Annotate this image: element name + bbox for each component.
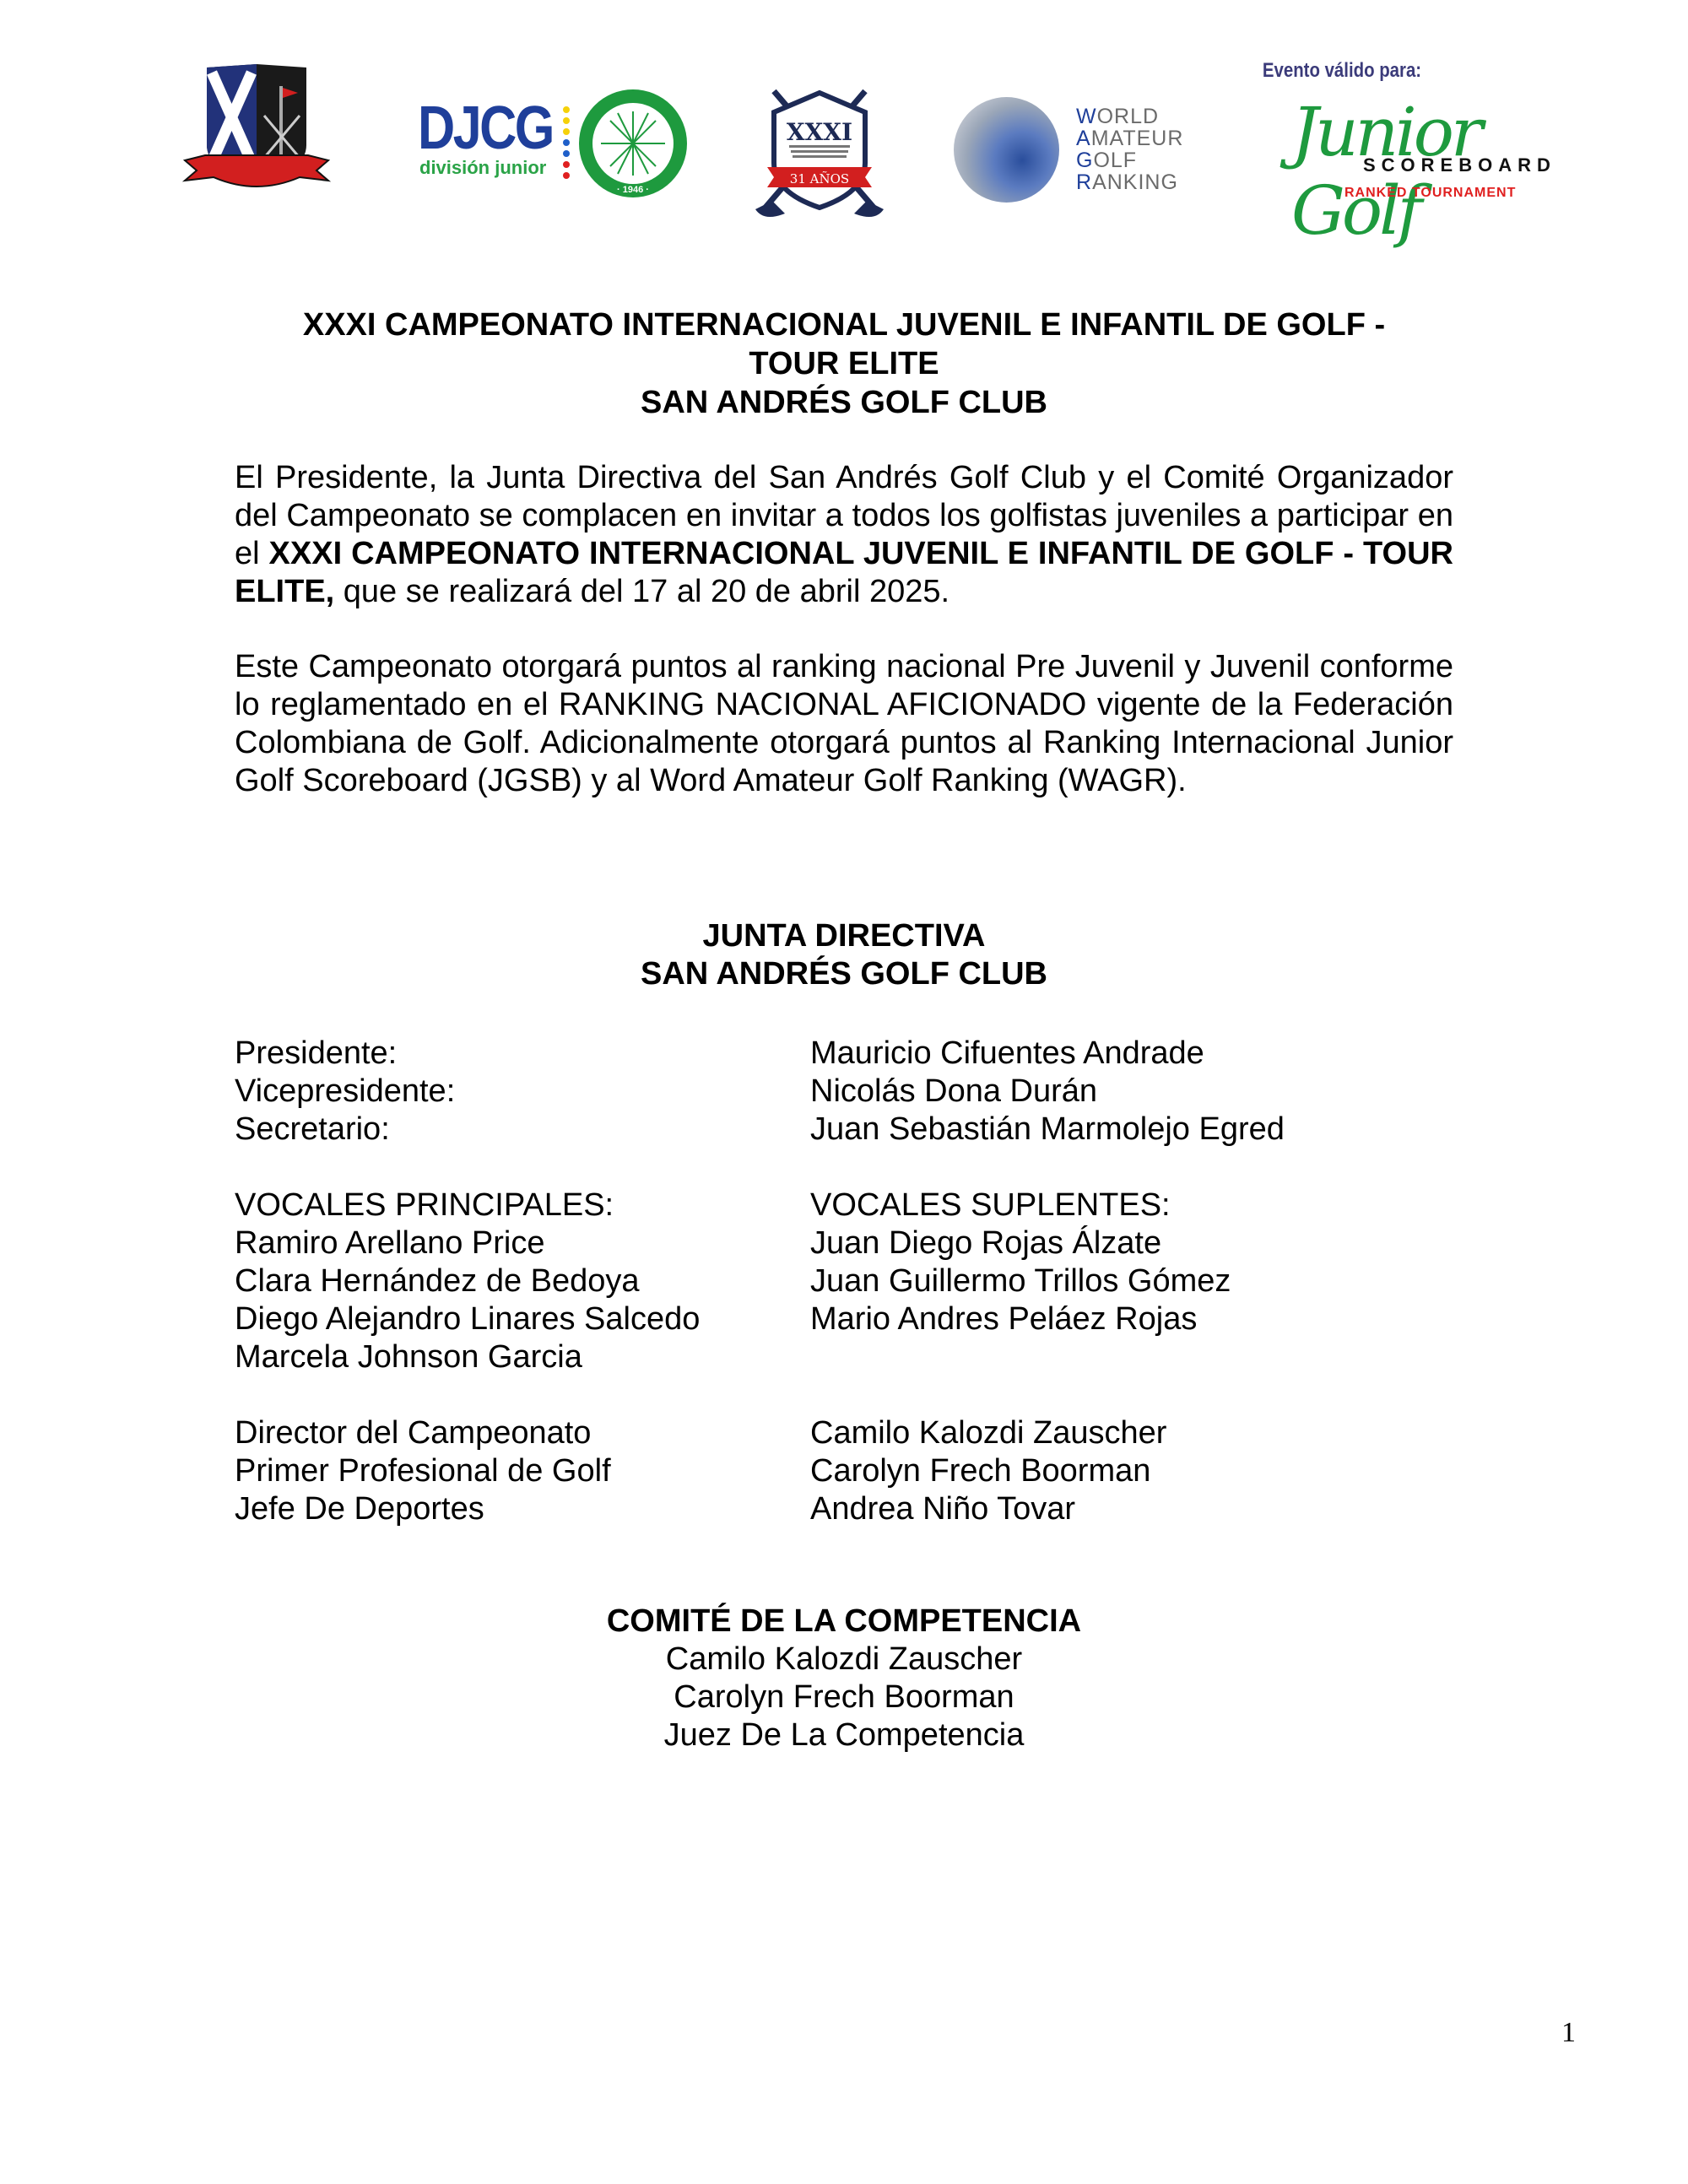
vocal-principal: Marcela Johnson Garcia bbox=[235, 1338, 582, 1376]
color-dot bbox=[563, 150, 570, 157]
heading-line-3: SAN ANDRÉS GOLF CLUB bbox=[235, 383, 1453, 422]
comite-member: Juez De La Competencia bbox=[0, 1716, 1688, 1754]
comite-member: Carolyn Frech Boorman bbox=[0, 1679, 1688, 1716]
heading-line-1: XXXI CAMPEONATO INTERNACIONAL JUVENIL E … bbox=[235, 305, 1453, 344]
staff-role: Primer Profesional de Golf bbox=[235, 1452, 611, 1490]
scoreboard-label: SCOREBOARD bbox=[1363, 154, 1556, 176]
vocal-suplente: Mario Andres Peláez Rojas bbox=[810, 1300, 1197, 1338]
ranked-tournament-label: RANKED TOURNAMENT bbox=[1344, 186, 1516, 201]
san-andres-golf-club-logo bbox=[181, 61, 332, 196]
djcg-title: DJCG bbox=[418, 98, 553, 159]
color-dot bbox=[563, 139, 570, 146]
svg-text:XXXI: XXXI bbox=[787, 118, 852, 146]
federation-year: · 1946 · bbox=[579, 185, 687, 195]
color-dot bbox=[563, 161, 570, 168]
tournament-shield-icon: XXXI 31 AÑOS bbox=[747, 83, 892, 226]
officer-role: Presidente: bbox=[235, 1035, 397, 1073]
intro-paragraph: El Presidente, la Junta Directiva del Sa… bbox=[235, 459, 1453, 611]
officer-name: Juan Sebastián Marmolejo Egred bbox=[810, 1111, 1285, 1149]
officer-name: Mauricio Cifuentes Andrade bbox=[810, 1035, 1204, 1073]
vocal-suplente: Juan Guillermo Trillos Gómez bbox=[810, 1262, 1231, 1300]
vocales-suplentes-heading: VOCALES SUPLENTES: bbox=[810, 1187, 1171, 1224]
color-dot bbox=[563, 128, 570, 135]
color-dot bbox=[563, 172, 570, 179]
federacion-colombiana-golf-logo: · 1946 · bbox=[579, 89, 687, 197]
page-number: 1 bbox=[1561, 2017, 1576, 2049]
svg-text:31 AÑOS: 31 AÑOS bbox=[790, 171, 849, 187]
staff-name: Carolyn Frech Boorman bbox=[810, 1452, 1150, 1490]
vocal-principal: Clara Hernández de Bedoya bbox=[235, 1262, 640, 1300]
staff-role: Jefe De Deportes bbox=[235, 1490, 484, 1528]
document-page: DJCG división junior · 1946 · XXXI bbox=[0, 0, 1688, 2184]
vocales-principales-heading: VOCALES PRINCIPALES: bbox=[235, 1187, 614, 1224]
djcg-logo: DJCG división junior bbox=[418, 91, 570, 184]
ranking-paragraph: Este Campeonato otorgará puntos al ranki… bbox=[235, 648, 1453, 800]
golf-ball-icon bbox=[954, 97, 1059, 203]
color-dot bbox=[563, 106, 570, 113]
junta-title-2: SAN ANDRÉS GOLF CLUB bbox=[235, 954, 1453, 993]
evento-valido-label: Evento válido para: bbox=[1192, 59, 1493, 83]
djcg-color-dots bbox=[563, 106, 570, 183]
junta-title-1: JUNTA DIRECTIVA bbox=[235, 916, 1453, 955]
officer-name: Nicolás Dona Durán bbox=[810, 1073, 1097, 1111]
vocal-principal: Ramiro Arellano Price bbox=[235, 1224, 544, 1262]
tournament-xxxi-logo: XXXI 31 AÑOS bbox=[747, 83, 892, 226]
wagr-logo: WORLDAMATEURGOLFRANKING bbox=[954, 97, 1198, 207]
officer-role: Vicepresidente: bbox=[235, 1073, 455, 1111]
heading-line-2: TOUR ELITE bbox=[235, 344, 1453, 383]
staff-role: Director del Campeonato bbox=[235, 1414, 591, 1452]
djcg-subtitle: división junior bbox=[419, 157, 546, 179]
vocal-suplente: Juan Diego Rojas Álzate bbox=[810, 1224, 1161, 1262]
staff-name: Camilo Kalozdi Zauscher bbox=[810, 1414, 1166, 1452]
starburst-icon bbox=[592, 103, 674, 184]
staff-name: Andrea Niño Tovar bbox=[810, 1490, 1075, 1528]
comite-title: COMITÉ DE LA COMPETENCIA bbox=[0, 1603, 1688, 1641]
vocal-principal: Diego Alejandro Linares Salcedo bbox=[235, 1300, 700, 1338]
club-crest-icon bbox=[181, 61, 332, 196]
officer-role: Secretario: bbox=[235, 1111, 390, 1149]
junior-golf-scoreboard-logo: Evento válido para: Junior Golf SCOREBOA… bbox=[1165, 59, 1519, 211]
color-dot bbox=[563, 117, 570, 124]
comite-member: Camilo Kalozdi Zauscher bbox=[0, 1641, 1688, 1679]
